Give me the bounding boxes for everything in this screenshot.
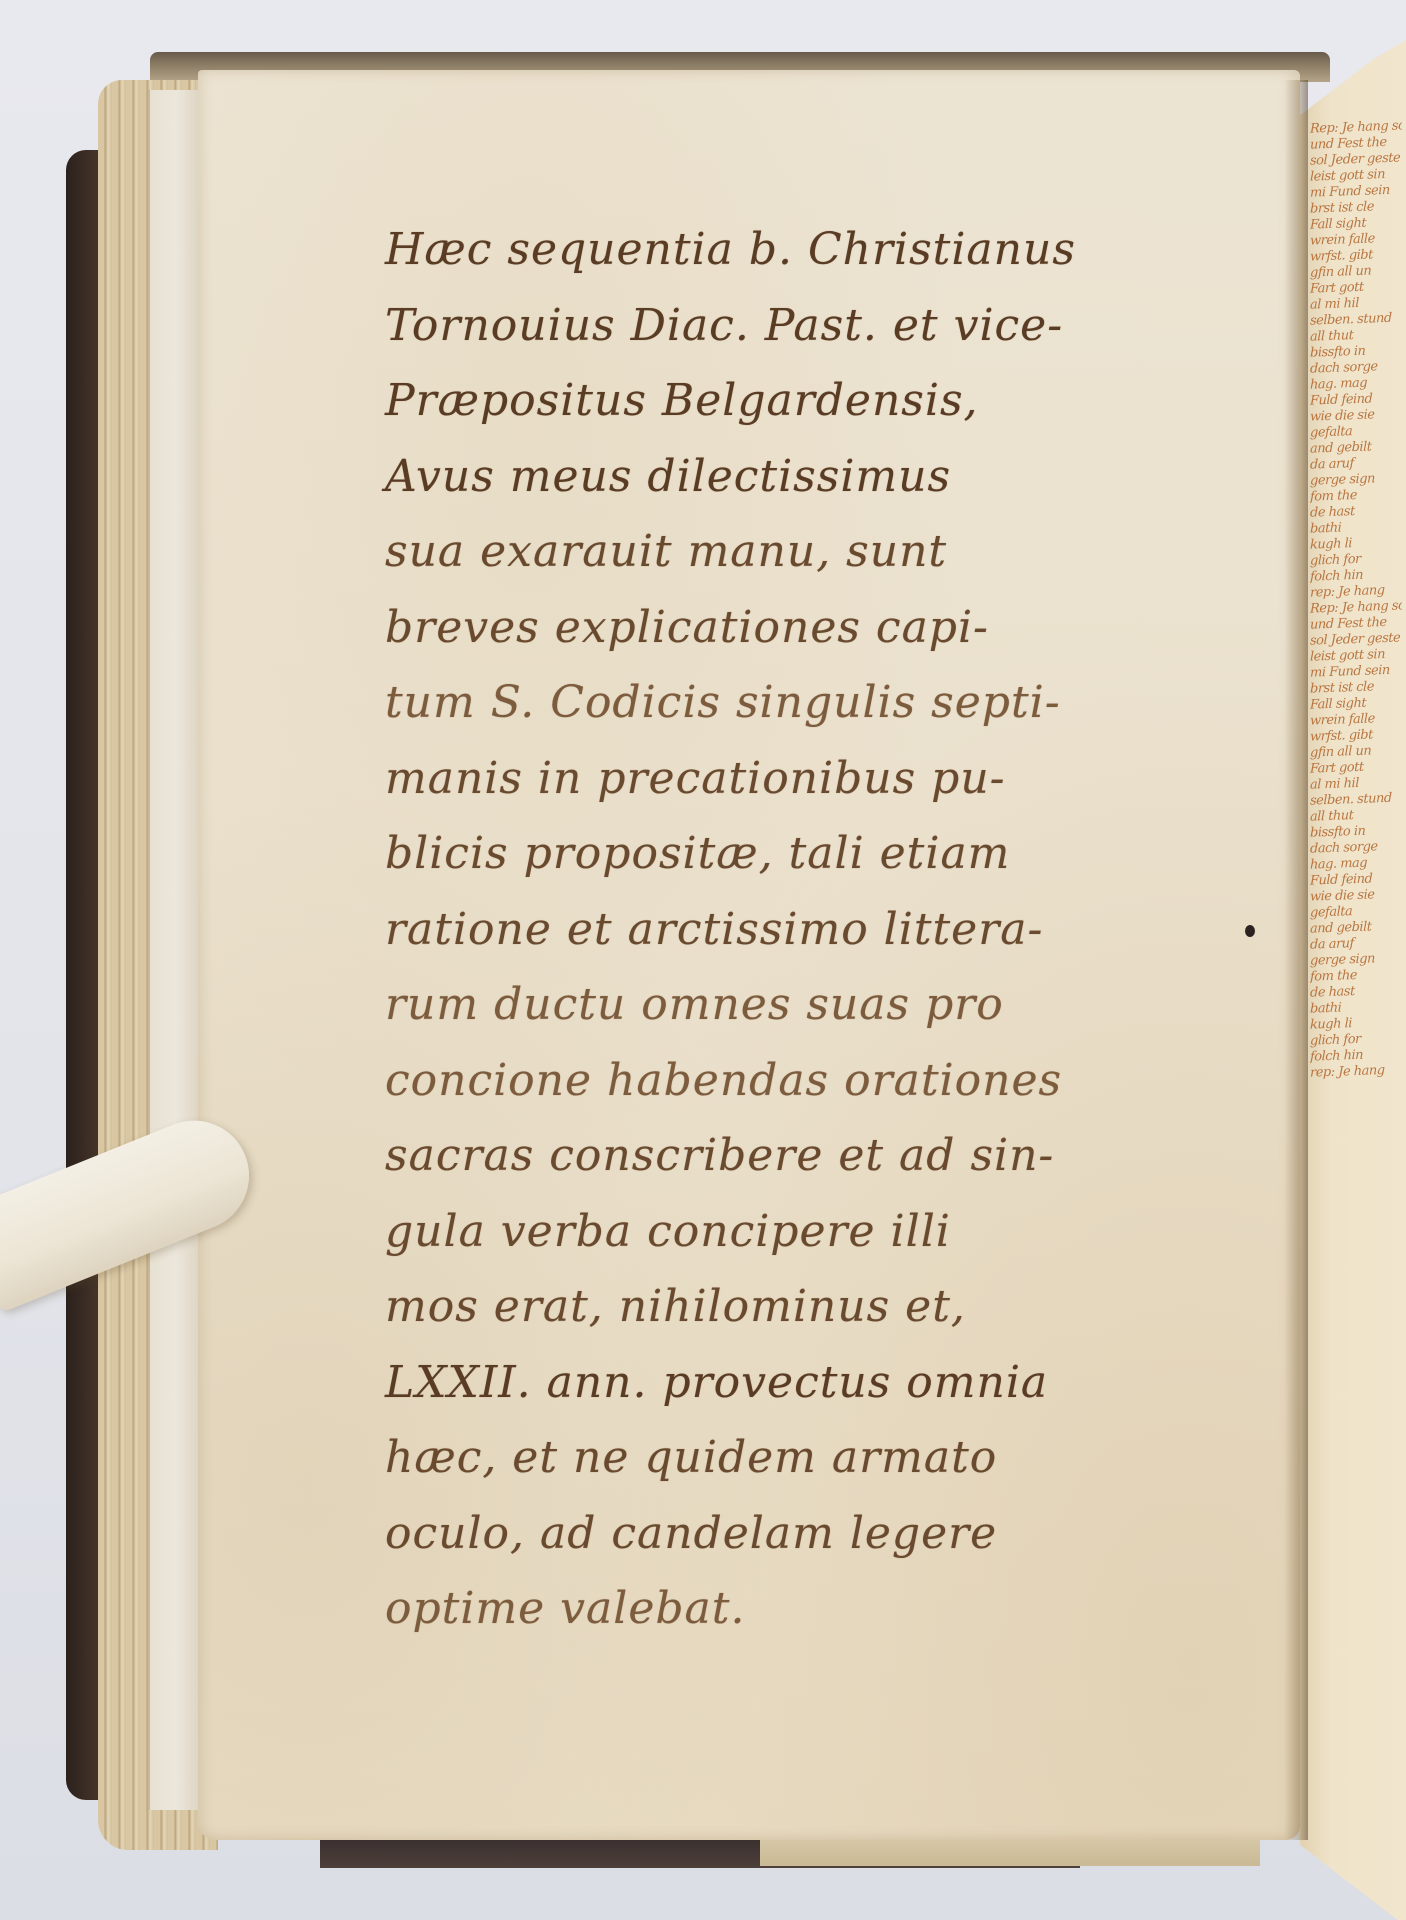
manuscript-line: gula verba concipere illi (385, 1194, 1285, 1270)
marginal-line: Rep: Je hang so (1310, 118, 1402, 137)
marginal-line: sol Jeder geste (1310, 150, 1402, 169)
manuscript-line: blicis propositæ, tali etiam (385, 816, 1285, 892)
marginal-line: selben. stund (1310, 790, 1402, 809)
marginal-line: Rep: Je hang so (1310, 598, 1402, 617)
manuscript-line: sua exarauit manu, sunt (385, 514, 1285, 590)
manuscript-line: rum ductu omnes suas pro (385, 967, 1285, 1043)
manuscript-line: breves explicationes capi- (385, 590, 1285, 666)
manuscript-line: LXXII. ann. provectus omnia (385, 1345, 1285, 1421)
facing-page-script: Rep: Je hang so und Fest the sol Jeder g… (1310, 118, 1402, 1821)
marginal-line: mi Fund sein (1310, 662, 1402, 681)
gutter-shadow (1284, 80, 1308, 1840)
marginal-line: sol Jeder geste (1310, 630, 1402, 649)
manuscript-line: Præpositus Belgardensis, (385, 363, 1285, 439)
marginal-line: rep: Je hang (1310, 1062, 1402, 1081)
manuscript-line: sacras conscribere et ad sin- (385, 1118, 1285, 1194)
manuscript-line: hæc, et ne quidem armato (385, 1420, 1285, 1496)
binding-guard-strip (148, 90, 204, 1810)
book-photograph: Rep: Je hang so und Fest the sol Jeder g… (0, 0, 1406, 1920)
ink-blot (1245, 925, 1255, 937)
manuscript-line: Hæc sequentia b. Christianus (385, 212, 1285, 288)
manuscript-line: optime valebat. (385, 1571, 1285, 1647)
manuscript-line: concione habendas orationes (385, 1043, 1285, 1119)
manuscript-line: manis in precationibus pu- (385, 741, 1285, 817)
manuscript-line: tum S. Codicis singulis septi- (385, 665, 1285, 741)
marginal-line: mi Fund sein (1310, 182, 1402, 201)
manuscript-line: Avus meus dilectissimus (385, 439, 1285, 515)
worn-cover-bottom-edge (760, 1840, 1260, 1866)
manuscript-line: ratione et arctissimo littera- (385, 892, 1285, 968)
manuscript-line: Tornouius Diac. Past. et vice- (385, 288, 1285, 364)
manuscript-line: oculo, ad candelam legere (385, 1496, 1285, 1572)
manuscript-text: Hæc sequentia b. Christianus Tornouius D… (385, 212, 1285, 1647)
marginal-line: selben. stund (1310, 310, 1402, 329)
manuscript-line: mos erat, nihilominus et, (385, 1269, 1285, 1345)
